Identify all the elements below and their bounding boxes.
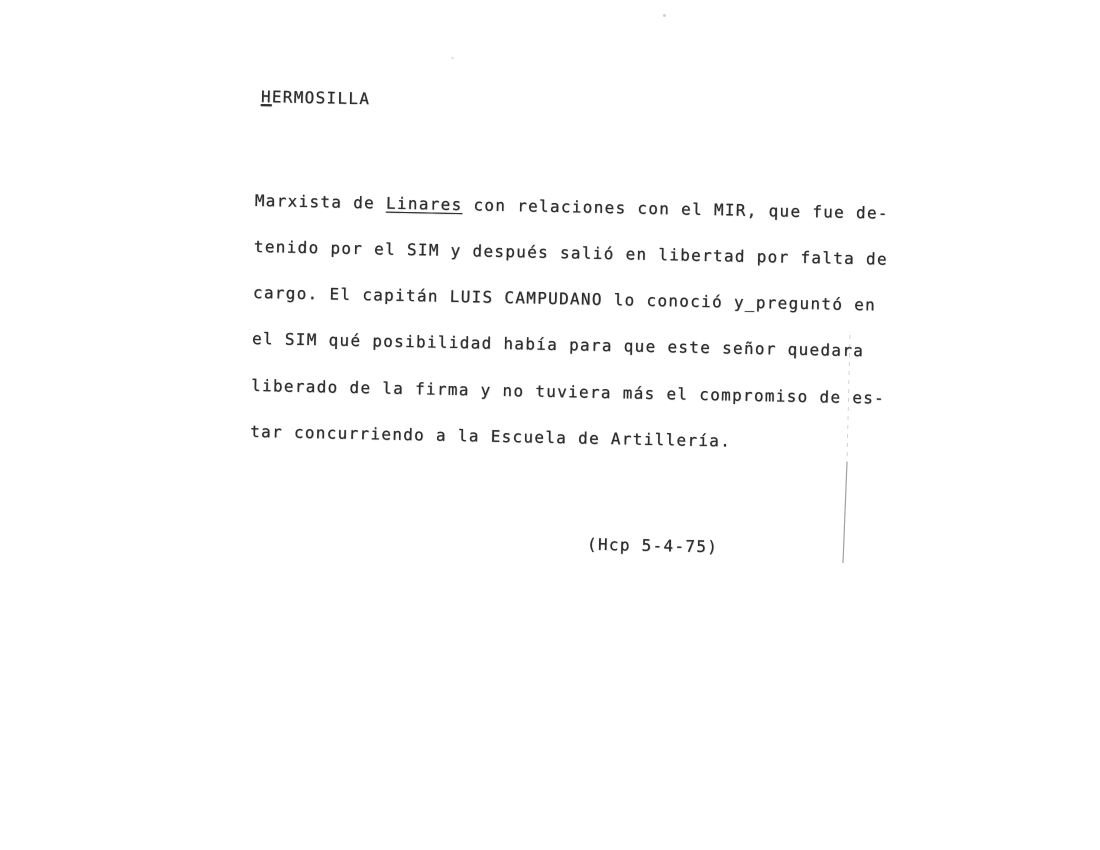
typewritten-text-block: HERMOSILLA Marxista de Linares con relac… — [247, 43, 892, 604]
scanned-page: HERMOSILLA Marxista de Linares con relac… — [0, 0, 1100, 850]
heading-rest: ERMOSILLA — [272, 88, 371, 109]
paragraph-line-6: tar concurriendo a la Escuela de Artille… — [250, 424, 884, 452]
paragraph-line-2: tenido por el SIM y después salió en lib… — [254, 239, 888, 267]
citation-date: (Hcp 5-4-75) — [587, 537, 882, 558]
line1-prefix: Marxista de — [255, 191, 387, 213]
paragraph-line-5: liberado de la firma y no tuviera más el… — [251, 377, 885, 405]
paragraph-line-4: el SIM qué posibilidad había para que es… — [252, 331, 886, 359]
document-heading: HERMOSILLA — [261, 89, 891, 117]
scan-speck-2 — [451, 57, 454, 59]
paragraph-line-1: Marxista de Linares con relaciones con e… — [255, 193, 889, 221]
heading-underlined-initial: H — [261, 87, 272, 106]
paragraph-line-3: cargo. El capitán LUIS CAMPUDANO lo cono… — [253, 285, 887, 313]
line1-suffix: con relaciones con el MIR, que fue de- — [462, 195, 889, 223]
underlined-word-linares: Linares — [386, 193, 463, 214]
paragraph: Marxista de Linares con relaciones con e… — [249, 162, 889, 483]
scan-speck-1 — [663, 14, 666, 17]
